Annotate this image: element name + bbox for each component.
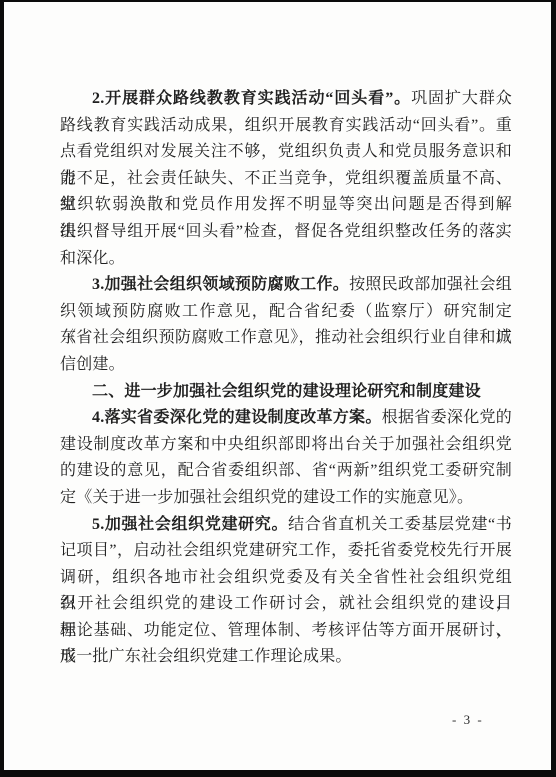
scanned-document-page: 2.开展群众路线教教育实践活动“回头看”。巩固扩大群众 路线教育实践活动成果，组…: [0, 0, 556, 777]
text-line: 点看党组织对发展关注不够，党组织负责人和党员服务意识和能: [60, 139, 512, 166]
paragraph-text: 成一批广东社会组织党建工作理论成果。: [60, 648, 352, 665]
text-line: 二、进一步加强社会组织党的建设理论研究和制度建设: [60, 379, 512, 406]
paragraph-heading-5: 5.加强社会组织党建研究。: [92, 516, 288, 533]
text-line: 力不足，社会责任缺失、不正当竞争，党组织覆盖质量不高、党: [60, 166, 512, 193]
text-line: 信创建。: [60, 352, 512, 379]
text-line: 组织督导组开展“回头看”检查，督促各党组织整改任务的落实: [60, 219, 512, 246]
text-line: 组织软弱涣散和党员作用发挥不明显等突出问题是否得到解决。: [60, 192, 512, 219]
paragraph-text: 定《关于进一步加强社会组织党的建设工作的实施意见》。: [60, 489, 473, 506]
text-line: 3.加强社会组织领域预防腐败工作。按照民政部加强社会组: [60, 272, 512, 299]
text-line: 调研，组织各地市社会组织党委及有关全省性社会组织党组织，: [60, 565, 512, 592]
text-line: 召开社会组织党的建设工作研讨会，就社会组织党的建设目标、: [60, 591, 512, 618]
paragraph-text: 东省社会组织预防腐败工作意见》，推动社会组织行业自律和诚: [60, 329, 512, 346]
text-line: 路线教育实践活动成果，组织开展教育实践活动“回头看”。重: [60, 113, 512, 140]
text-line: 织领域预防腐败工作意见，配合省纪委（监察厅）研究制定《广: [60, 299, 512, 326]
paragraph-heading-4: 4.落实省委深化党的建设制度改革方案。: [92, 409, 382, 426]
paragraph-text: 结合省直机关工委基层党建“书: [288, 516, 512, 533]
text-line: 东省社会组织预防腐败工作意见》，推动社会组织行业自律和诚: [60, 325, 512, 352]
text-line: 定《关于进一步加强社会组织党的建设工作的实施意见》。: [60, 485, 512, 512]
paragraph-text: 组织督导组开展“回头看”检查，督促各党组织整改任务的落实: [60, 223, 512, 240]
paragraph-heading-3: 3.加强社会组织领域预防腐败工作。: [92, 276, 349, 293]
paragraph-text: 和深化。: [60, 250, 125, 267]
paragraph-text: 记项目”，启动社会组织党建研究工作，委托省委党校先行开展: [60, 542, 512, 559]
document-body: 2.开展群众路线教教育实践活动“回头看”。巩固扩大群众 路线教育实践活动成果，组…: [60, 86, 512, 671]
paragraph-text: 按照民政部加强社会组: [349, 276, 512, 293]
text-line: 记项目”，启动社会组织党建研究工作，委托省委党校先行开展: [60, 538, 512, 565]
text-line: 建设制度改革方案和中央组织部即将出台关于加强社会组织党: [60, 432, 512, 459]
text-line: 4.落实省委深化党的建设制度改革方案。根据省委深化党的: [60, 405, 512, 432]
page-number: - 3 -: [452, 712, 484, 728]
paragraph-text: 路线教育实践活动成果，组织开展教育实践活动“回头看”。重: [60, 117, 512, 134]
paragraph-text: 根据省委深化党的: [382, 409, 512, 426]
text-line: 成一批广东社会组织党建工作理论成果。: [60, 644, 512, 671]
paragraph-text: 建设制度改革方案和中央组织部即将出台关于加强社会组织党: [60, 436, 512, 453]
text-line: 的建设的意见，配合省委组织部、省“两新”组织党工委研究制: [60, 458, 512, 485]
section-heading-2: 二、进一步加强社会组织党的建设理论研究和制度建设: [92, 383, 481, 400]
paragraph-text: 信创建。: [60, 356, 125, 373]
text-line: 2.开展群众路线教教育实践活动“回头看”。巩固扩大群众: [60, 86, 512, 113]
text-line: 理论基础、功能定位、管理体制、考核评估等方面开展研讨，形: [60, 618, 512, 645]
paragraph-heading-2: 2.开展群众路线教教育实践活动“回头看”。: [92, 90, 411, 107]
text-line: 和深化。: [60, 246, 512, 273]
text-line: 5.加强社会组织党建研究。结合省直机关工委基层党建“书: [60, 512, 512, 539]
paragraph-text: 的建设的意见，配合省委组织部、省“两新”组织党工委研究制: [60, 462, 512, 479]
paragraph-text: 巩固扩大群众: [411, 90, 512, 107]
